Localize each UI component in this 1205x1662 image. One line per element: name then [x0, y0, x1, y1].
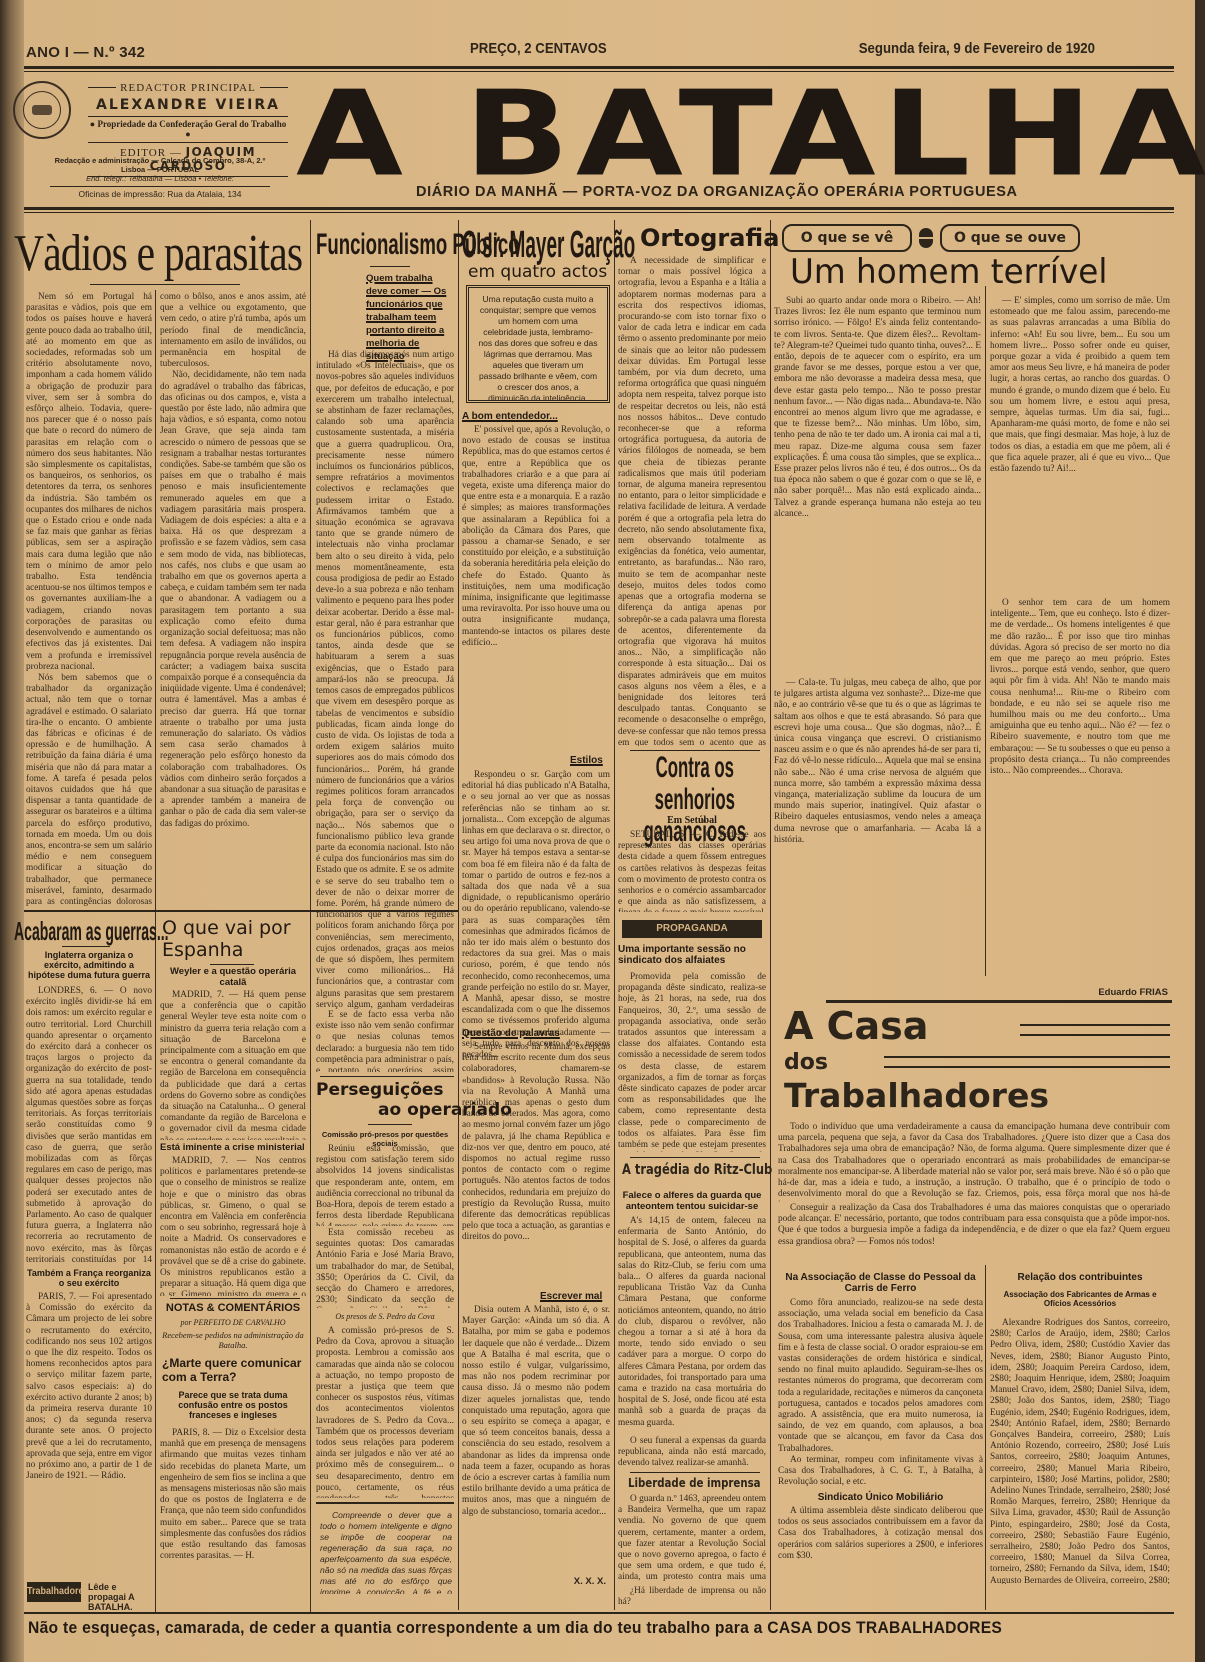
- column-divider: [155, 290, 156, 910]
- notas-author: por PERFEITO DE CARVALHO: [160, 1318, 306, 1327]
- decorative-rule: [884, 1056, 1170, 1058]
- paragraph: O senhor tem cara de um homem inteligent…: [990, 598, 1170, 777]
- article-guerras: LONDRES, 6. — O novo exército inglês div…: [26, 986, 152, 1266]
- headline-liberdade: Liberdade de imprensa: [628, 1476, 761, 1490]
- article-vadios-col1: Nem só em Portugal há parasitas e vàdios…: [26, 292, 152, 907]
- subhead-sao-pedro: Os presos de S. Pedro da Cova: [316, 1312, 454, 1321]
- pill-o-que-se-ve: O que se vê: [782, 224, 912, 252]
- paragraph: Como fôra anunciado, realizou-se na sede…: [778, 1298, 983, 1455]
- headline-vadios: Vàdios e parasitas: [14, 224, 302, 283]
- notas-title: NOTAS & COMENTÁRIOS: [160, 1302, 306, 1314]
- paragraph: PARIS, 8. — Diz o Excelsior desta manhã …: [160, 1428, 306, 1562]
- section-escrever-mal: Disia outem A Manhã, isto é, o sr. Mayer…: [462, 1305, 610, 1569]
- banner-propaganda-sindicalista: PROPAGANDA SINDICALISTA: [622, 920, 762, 938]
- headline-ritz: A tragédia do Ritz-Club: [622, 1162, 772, 1178]
- article-espanha: MADRID, 7. — Há quem pense que a conferê…: [160, 990, 306, 1140]
- article-homem-col1: Subi ao quarto andar onde mora o Ribeiro…: [774, 296, 981, 676]
- paragraph: Reúniu esta comissão, que registou com s…: [316, 1144, 454, 1226]
- column-divider: [985, 1265, 986, 1610]
- article-homem-col2: — E' simples, como um sorriso de mãe. Um…: [990, 296, 1170, 596]
- article-sindicalista: Promovida pela comissão de propaganda dê…: [618, 972, 766, 1152]
- article-casa-intro: Todo o indivíduo que uma verdadeiramente…: [778, 1122, 1170, 1202]
- column-divider: [155, 912, 156, 1612]
- column-divider: [770, 220, 771, 1610]
- section-rule: [630, 1472, 760, 1473]
- list-contribuintes: Alexandre Rodrigues dos Santos, correeir…: [990, 1318, 1170, 1584]
- quote-box-mayer: Uma reputação custa muito a conquistar; …: [466, 285, 610, 403]
- notas-note: Recebem-se pedidos na administração da B…: [160, 1330, 306, 1350]
- section-rule: [170, 1298, 300, 1299]
- divider-dot-icon: [919, 228, 933, 248]
- paragraph: — Cala-te. Tu julgas, meu cabeça de alho…: [774, 678, 981, 846]
- section-rule: [316, 1502, 454, 1504]
- telegraph-line: End. telegr.: Telbatalha — Lisboa • Tele…: [30, 174, 290, 183]
- property-line: ● Propriedade da Confederação Geral do T…: [88, 119, 288, 139]
- paragraph: E' possível que, após a Revolução, o nov…: [462, 425, 610, 649]
- headline-perseguicoes-1: Perseguições: [316, 1080, 444, 1100]
- headline-ortografia: Ortografia: [640, 224, 779, 252]
- headline-sindicalista: Uma importante sessão no sindicato dos a…: [618, 944, 766, 966]
- printing-line: Oficinas de impressão: Rua da Atalaia, 1…: [30, 189, 290, 199]
- footer-rule: [24, 1612, 1174, 1614]
- quote-regeneracao: Compreende o dever que a todo o homem in…: [320, 1510, 452, 1594]
- price: PREÇO, 2 CENTAVOS: [470, 40, 607, 57]
- masthead-bottom-rule-thin: [24, 212, 1174, 213]
- article-liberdade: O guarda n.º 1463, apreendeu ontem a Ban…: [618, 1494, 766, 1584]
- section-rule: [24, 910, 458, 912]
- section-rule-casa: [826, 1000, 1172, 1003]
- article-senhorios: SETÚBAL, 6. — C. Pede-se aos representan…: [618, 830, 766, 912]
- paragraph: PARIS, 7. — Foi apresentado à Comissão d…: [26, 1292, 152, 1482]
- article-perseguicoes-2: Esta comissão recebeu as seguintes quota…: [316, 1228, 454, 1308]
- headline-guerras: Acabaram as guerras...: [14, 916, 169, 947]
- article-homem-col1b: — Cala-te. Tu julgas, meu cabeça de alho…: [774, 678, 981, 971]
- paragraph: Compreende o dever que a todo o homem in…: [320, 1510, 452, 1594]
- section-title-questao-palavras: Questão de palavras: [462, 1028, 560, 1039]
- subhead-guerras: Inglaterra organiza o exército, admitind…: [26, 950, 152, 980]
- article-marte: PARIS, 8. — Diz o Excelsior desta manhã …: [160, 1428, 306, 1578]
- headline-rule: [62, 946, 110, 947]
- subhead-contribuintes: Relação dos contribuintes: [992, 1272, 1168, 1283]
- article-ritz: A's 14,15 de ontem, faleceu na enfermari…: [618, 1216, 766, 1436]
- redactor-name: ALEXANDRE VIEIRA: [88, 97, 288, 113]
- liberdade-footer: ¿Há liberdade de imprensa ou não há?: [618, 1586, 766, 1608]
- paragraph: A necessidade de simplificar e tornar o …: [618, 256, 766, 746]
- issue-date: Segunda feira, 9 de Fevereiro de 1920: [743, 40, 1095, 57]
- paragraph: SETÚBAL, 6. — C. Pede-se aos representan…: [618, 830, 766, 912]
- issue-number: ANO I — N.º 342: [26, 44, 145, 61]
- article-ortografia: A necessidade de simplificar e tornar o …: [618, 256, 766, 746]
- headline-casa-line2: dos: [784, 1050, 828, 1075]
- headline-perseguicoes-2: ao operariado: [378, 1100, 512, 1120]
- headline-casa-line1: A Casa: [784, 1004, 928, 1048]
- paragraph: Todo o indivíduo que uma verdadeiramente…: [778, 1122, 1170, 1202]
- paragraph: Disia outem A Manhã, isto é, o sr. Mayer…: [462, 1305, 610, 1518]
- signature-frias: Eduardo FRIAS: [1040, 987, 1168, 998]
- article-homem-col2b: O senhor tem cara de um homem inteligent…: [990, 598, 1170, 948]
- paragraph: Subi ao quarto andar onde mora o Ribeiro…: [774, 296, 981, 520]
- subhead-marte: Parece que se trata duma confusão entre …: [160, 1390, 306, 1420]
- property-text: Propriedade da Confederação Geral do Tra…: [97, 119, 286, 129]
- paragraph: Promovida pela comissão de propaganda dê…: [618, 972, 766, 1152]
- headline-espanha: O que vai por Espanha: [162, 917, 310, 961]
- paragraph: O guarda n.º 1463, apreendeu ontem a Ban…: [618, 1494, 766, 1584]
- column-divider: [985, 286, 986, 976]
- paragraph: E se de facto essa verba não existe isso…: [316, 1010, 454, 1072]
- headline-marte: ¿Marte quere comunicar com a Terra?: [162, 1356, 306, 1384]
- paragraph: Respondeu o sr. Garção com um editorial …: [462, 770, 610, 1061]
- section-bom-entendedor: E' possível que, após a Revolução, o nov…: [462, 425, 610, 750]
- article-franca: PARIS, 7. — Foi apresentado à Comissão d…: [26, 1292, 152, 1552]
- paragraph: MADRID, 7. — Há quem pense que a conferê…: [160, 990, 306, 1140]
- section-rule: [320, 1076, 454, 1077]
- text-propagai: Lêde e propagai A BATALHA.: [88, 1582, 154, 1612]
- subhead-ritz: Falece o alferes da guarda que anteontem…: [618, 1190, 766, 1212]
- section-estilos: Respondeu o sr. Garção com um editorial …: [462, 770, 610, 1072]
- section-title-bom-entendedor: A bom entendedor...: [462, 411, 558, 422]
- subhead-mayer: em quatro actos: [468, 262, 607, 282]
- section-title-escrever-mal: Escrever mal: [540, 1291, 602, 1302]
- paragraph: Conseguir a realização da Casa dos Traba…: [778, 1203, 1170, 1248]
- paragraph: Esta comissão recebeu as seguintes quota…: [316, 1228, 454, 1308]
- footer-appeal: Não te esqueças, camarada, de ceder a qu…: [28, 1618, 1002, 1638]
- subhead-mobiliario: Sindicato Único Mobiliário: [778, 1492, 983, 1503]
- page-right-edge: [1195, 0, 1205, 1662]
- paragraph: A comissão pró-presos de S. Pedro da Cov…: [316, 1326, 454, 1498]
- paragraph: A última assembleia dêste sindicato deli…: [778, 1506, 983, 1562]
- article-sao-pedro: A comissão pró-presos de S. Pedro da Cov…: [316, 1326, 454, 1498]
- subhead-setubal: Em Setúbal: [618, 815, 766, 826]
- paragraph: ¿Há liberdade de imprensa ou não há?: [618, 1586, 766, 1608]
- column-divider: [614, 220, 615, 1610]
- article-funcionalismo-body2: E se de facto essa verba não existe isso…: [316, 1010, 454, 1072]
- article-mobiliario: A última assembleia dêste sindicato deli…: [778, 1506, 983, 1582]
- label-trabalhadores: Trabalhadores!: [27, 1582, 81, 1602]
- section-title-estilos: Estilos: [570, 755, 603, 766]
- paragraph: Ao terminar, rompeu com infinitamente vi…: [778, 1455, 983, 1488]
- masthead-address: Redacção e administração — Calçada do Co…: [30, 156, 290, 199]
- headline-mayer: O sr. Mayer Garção: [462, 224, 635, 267]
- article-crise: MADRID, 7. — Nos centros políticos e par…: [160, 1156, 306, 1296]
- headline-rule: [90, 284, 240, 285]
- section-questao-palavras: Sempre vimos na Manhã, excepção feita du…: [462, 1042, 610, 1287]
- article-vadios-col2: como o bôlso, anos e anos assim, até que…: [160, 292, 306, 907]
- paragraph: como o bôlso, anos e anos assim, até que…: [160, 292, 306, 370]
- subhead-franca: Também a França reorganiza o seu exércit…: [26, 1268, 152, 1288]
- column-divider: [310, 220, 311, 910]
- decorative-rule: [884, 1066, 1170, 1068]
- paragraph: O seu funeral a expensas da guarda repub…: [618, 1436, 766, 1470]
- redactor-label: REDACTOR PRINCIPAL: [116, 82, 260, 94]
- city-line: Lisboa — PORTUGAL: [30, 165, 290, 174]
- paragraph: LONDRES, 6. — O novo exército inglês div…: [26, 986, 152, 1266]
- signature-mayer: X. X. X.: [550, 1576, 606, 1587]
- headline-rule: [210, 964, 254, 965]
- column-divider: [310, 912, 311, 1612]
- newspaper-subtitle: DIÁRIO DA MANHÃ — PORTA-VOZ DA ORGANIZAÇ…: [416, 184, 1018, 200]
- confederation-seal-icon: [13, 81, 71, 139]
- subhead-carris: Na Associação de Classe do Pessoal da Ca…: [778, 1272, 983, 1294]
- paragraph: Nem só em Portugal há parasitas e vàdios…: [26, 292, 152, 673]
- paragraph: Nós bem sabemos que o trabalhador da org…: [26, 673, 152, 907]
- section-rule: [630, 1157, 760, 1158]
- newspaper-title: A BATALHA: [296, 76, 1205, 194]
- pill-o-que-se-ouve: O que se ouve: [940, 224, 1080, 252]
- decorative-rule: [1020, 1024, 1170, 1026]
- headline-homem-terrivel: Um homem terrível: [790, 252, 1107, 292]
- decorative-rule: [1020, 1034, 1170, 1036]
- article-casa-intro2: Conseguir a realização da Casa dos Traba…: [778, 1203, 1170, 1259]
- article-perseguicoes: Reúniu esta comissão, que registou com s…: [316, 1144, 454, 1226]
- article-ritz-2: O seu funeral a expensas da guarda repub…: [618, 1436, 766, 1470]
- subhead-fabricantes-armas: Associação dos Fabricantes de Armas e Of…: [992, 1290, 1168, 1308]
- column-divider: [458, 220, 459, 1610]
- headline-rule: [370, 266, 410, 267]
- paragraph: — E' simples, como um sorriso de mãe. Um…: [990, 296, 1170, 475]
- paragraph: Não, decididamente, não tem nada do agra…: [160, 370, 306, 829]
- paragraph: A's 14,15 de ontem, faleceu na enfermari…: [618, 1216, 766, 1429]
- article-carris: Como fôra anunciado, realizou-se na sede…: [778, 1298, 983, 1488]
- address-line: Redacção e administração — Calçada do Co…: [30, 156, 290, 165]
- paragraph: Sempre vimos na Manhã, excepção feita du…: [462, 1042, 610, 1244]
- paragraph: Alexandre Rodrigues dos Santos, correeir…: [990, 1318, 1170, 1584]
- headline-rule: [368, 1124, 412, 1125]
- subhead-crise: Está iminente a crise ministerial: [160, 1142, 306, 1153]
- masthead-bottom-rule: [24, 207, 1174, 210]
- paragraph: MADRID, 7. — Nos centros políticos e par…: [160, 1156, 306, 1296]
- headline-casa-line3: Trabalhadores: [784, 1076, 1049, 1115]
- subhead-espanha: Weyler e a questão operária catalã: [160, 966, 306, 988]
